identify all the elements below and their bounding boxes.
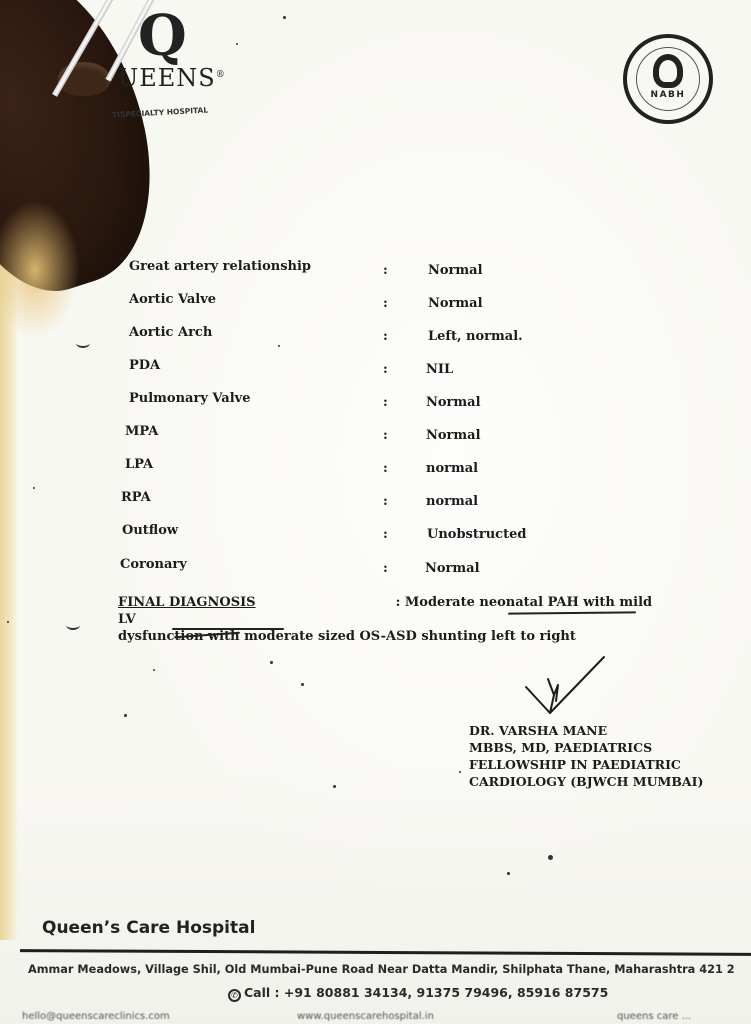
phone-icon: ✆ xyxy=(228,989,241,1002)
signatory-specialty: CARDIOLOGY (BJWCH MUMBAI) xyxy=(469,773,703,790)
speck xyxy=(270,661,273,664)
footer-address: Ammar Meadows, Village Shil, Old Mumbai-… xyxy=(28,963,735,976)
finding-value: normal xyxy=(426,494,478,509)
finding-separator: : xyxy=(383,494,388,509)
finding-value: Normal xyxy=(428,296,483,311)
speck xyxy=(153,669,155,671)
speck xyxy=(7,621,9,623)
registered-mark: ® xyxy=(216,70,226,80)
final-diagnosis-separator: : xyxy=(396,595,401,610)
hospital-logo: Q UEENS® TISPECIALTY HOSPITAL xyxy=(108,8,228,118)
final-diagnosis: FINAL DIAGNOSIS: Moderate neonatal PAH w… xyxy=(118,594,658,645)
finding-label: Great artery relationship xyxy=(129,259,311,274)
footer-social: queens care ... xyxy=(617,1011,691,1022)
finding-value: NIL xyxy=(426,362,453,377)
smudge-mark xyxy=(66,620,80,630)
finding-label: Coronary xyxy=(120,557,187,572)
speck xyxy=(124,714,127,717)
footer-divider xyxy=(20,949,751,956)
speck xyxy=(459,771,461,773)
finding-label: MPA xyxy=(125,424,158,439)
signatory-fellowship: FELLOWSHIP IN PAEDIATRIC xyxy=(469,756,703,773)
finding-separator: : xyxy=(383,362,388,377)
finding-value: Normal xyxy=(426,428,481,443)
logo-tagline: TISPECIALTY HOSPITAL xyxy=(112,105,209,119)
finding-label: Outflow xyxy=(122,523,178,538)
speck xyxy=(33,487,35,489)
pen-underline-mark xyxy=(172,628,284,630)
speck xyxy=(333,785,336,788)
footer-hospital-name: Queen’s Care Hospital xyxy=(42,918,255,938)
logo-name: UEENS® xyxy=(118,64,226,92)
finding-separator: : xyxy=(383,263,388,278)
signatory-qualification: MBBS, MD, PAEDIATRICS xyxy=(469,739,703,756)
footer-call: ✆Call : +91 80881 34134, 91375 79496, 85… xyxy=(228,985,608,1002)
speck xyxy=(548,855,553,860)
nabh-emblem-icon: NABH xyxy=(636,47,700,111)
finding-value: Normal xyxy=(426,395,481,410)
finding-label: LPA xyxy=(125,457,153,472)
finding-separator: : xyxy=(383,527,388,542)
speck xyxy=(283,16,286,19)
finding-value: Normal xyxy=(425,561,480,576)
finding-separator: : xyxy=(383,461,388,476)
footer-email: hello@queenscareclinics.com xyxy=(22,1011,170,1022)
finding-label: RPA xyxy=(121,490,151,505)
nabh-label: NABH xyxy=(637,90,699,100)
final-diagnosis-title: FINAL DIAGNOSIS xyxy=(118,595,256,610)
logo-name-text: UEENS xyxy=(118,64,216,92)
signatory-name: DR. VARSHA MANE xyxy=(469,722,703,739)
finding-label: Pulmonary Valve xyxy=(129,391,250,406)
speck xyxy=(507,872,510,875)
finding-separator: : xyxy=(383,296,388,311)
footer-call-text: Call : +91 80881 34134, 91375 79496, 859… xyxy=(244,985,608,1000)
smudge-mark xyxy=(76,338,90,348)
finding-value: normal xyxy=(426,461,478,476)
finding-separator: : xyxy=(383,329,388,344)
finding-value: Unobstructed xyxy=(427,527,526,542)
light-glare xyxy=(0,200,80,340)
handwritten-signature xyxy=(520,655,610,725)
signatory-block: DR. VARSHA MANE MBBS, MD, PAEDIATRICS FE… xyxy=(469,722,703,790)
footer-website: www.queenscarehospital.in xyxy=(297,1011,434,1022)
finding-separator: : xyxy=(383,428,388,443)
finding-separator: : xyxy=(383,561,388,576)
speck xyxy=(301,683,304,686)
finding-separator: : xyxy=(383,395,388,410)
finding-value: Left, normal. xyxy=(428,329,523,344)
finding-label: Aortic Arch xyxy=(129,325,212,340)
speck xyxy=(236,43,238,45)
footer-contacts: hello@queenscareclinics.com www.queensca… xyxy=(22,1009,751,1024)
logo-q-mark-icon: Q xyxy=(138,8,187,64)
finding-value: Normal xyxy=(428,263,483,278)
nabh-arch-icon xyxy=(653,54,683,88)
speck xyxy=(278,345,280,347)
finding-label: PDA xyxy=(129,358,160,373)
finding-label: Aortic Valve xyxy=(129,292,216,307)
nabh-accreditation-badge: NABH xyxy=(623,34,713,124)
